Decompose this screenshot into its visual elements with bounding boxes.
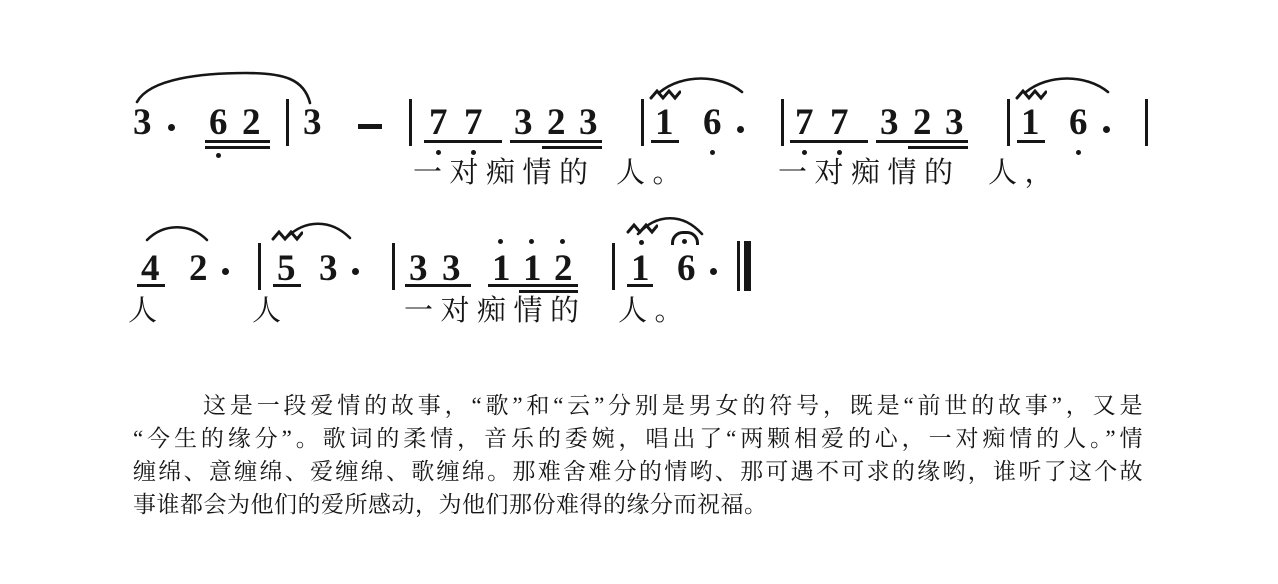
note-number: 7 <box>429 104 448 141</box>
fermata-dot <box>682 239 687 244</box>
low-octave-dot <box>710 150 715 155</box>
augmentation-dot <box>737 126 744 133</box>
barline <box>641 99 644 146</box>
low-octave-dot <box>802 150 807 155</box>
final-barline-thick <box>744 241 751 291</box>
beam-line <box>542 146 602 149</box>
beam-line <box>790 140 868 143</box>
high-octave-dot <box>529 239 534 244</box>
high-octave-dot <box>639 240 644 245</box>
note-number: 7 <box>464 104 483 141</box>
beam-line <box>510 140 602 143</box>
note-number: 2 <box>554 250 573 287</box>
beam-line <box>651 140 679 143</box>
note-number: 6 <box>703 104 722 141</box>
augmentation-dot <box>222 268 229 275</box>
beam-line <box>205 146 270 149</box>
high-octave-dot <box>560 239 565 244</box>
note-number: 2 <box>547 104 566 141</box>
note-number: 3 <box>880 104 899 141</box>
beam-line <box>424 140 502 143</box>
slur-arc <box>283 216 353 240</box>
barline <box>286 99 289 146</box>
note-number: 7 <box>795 104 814 141</box>
note-number: 1 <box>1021 104 1040 141</box>
beam-line <box>908 146 968 149</box>
note-number: 1 <box>631 250 650 287</box>
barline <box>781 99 784 146</box>
low-octave-dot <box>216 153 221 158</box>
note-number: 6 <box>209 104 228 141</box>
lyric-text: 人。 <box>618 296 691 328</box>
lyric-text: 一对痴情的 <box>778 158 961 190</box>
beam-line <box>488 284 578 287</box>
augmentation-dot <box>710 268 717 275</box>
low-octave-dot <box>837 150 842 155</box>
note-number: 1 <box>492 250 511 287</box>
lyric-text: 人， <box>988 158 1061 190</box>
note-number: 1 <box>655 104 674 141</box>
beam-line <box>627 284 653 287</box>
note-number: 3 <box>514 104 533 141</box>
augmentation-dot <box>168 124 175 131</box>
tie-arc <box>1023 72 1111 94</box>
barline <box>409 99 412 146</box>
note-number: 3 <box>579 104 598 141</box>
note-number: 2 <box>189 250 208 287</box>
barline <box>612 243 615 290</box>
beam-line <box>205 140 270 143</box>
beam-line <box>876 140 968 143</box>
lyric-text: 一对痴情的 <box>413 158 596 190</box>
high-octave-dot <box>498 239 503 244</box>
augmentation-dot <box>352 268 359 275</box>
note-number: 6 <box>1069 104 1088 141</box>
slur-arc <box>144 220 210 242</box>
beam-line <box>1017 140 1045 143</box>
note-number: 3 <box>409 250 428 287</box>
beam-line <box>405 284 471 287</box>
note-number: 3 <box>319 250 338 287</box>
lyric-text: 人 <box>252 296 289 328</box>
tie-arc <box>657 72 745 94</box>
lyric-text: 一对痴情的 <box>404 296 587 328</box>
note-number: 5 <box>277 250 296 287</box>
sheet-music-page: 3 6 2 3 7 7 3 2 3 1 6 7 7 3 <box>0 0 1278 584</box>
paragraph-line: 这是一段爱情的故事，“歌”和“云”分别是男女的符号，既是“前世的故事”，又是 <box>133 389 1143 422</box>
lyric-text: 人。 <box>616 158 689 190</box>
note-number: 1 <box>523 250 542 287</box>
low-octave-dot <box>436 150 441 155</box>
sustain-dash <box>358 124 382 129</box>
beam-line <box>137 284 165 287</box>
note-number: 3 <box>303 104 322 141</box>
slur-arc <box>635 210 705 236</box>
note-number: 3 <box>945 104 964 141</box>
note-number: 3 <box>133 104 152 141</box>
note-number: 3 <box>442 250 461 287</box>
paragraph-line: 缠绵、意缠绵、爱缠绵、歌缠绵。那难舍难分的情哟、那可遇不可求的缘哟，谁听了这个故 <box>133 455 1143 488</box>
lyric-text: 人 <box>128 296 165 328</box>
note-number: 4 <box>141 250 160 287</box>
beam-line <box>273 284 301 287</box>
beam-line <box>519 290 578 293</box>
barline <box>392 243 395 290</box>
low-octave-dot <box>1076 150 1081 155</box>
paragraph-line: “今生的缘分”。歌词的柔情，音乐的委婉，唱出了“两颗相爱的心，一对痴情的人。”情 <box>133 422 1143 455</box>
barline <box>258 243 261 290</box>
paragraph-line: 事谁都会为他们的爱所感动，为他们那份难得的缘分而祝福。 <box>133 488 1143 521</box>
augmentation-dot <box>1103 126 1110 133</box>
barline <box>1145 99 1148 146</box>
final-barline-thin <box>737 241 740 291</box>
note-number: 2 <box>913 104 932 141</box>
description-paragraph: 这是一段爱情的故事，“歌”和“云”分别是男女的符号，既是“前世的故事”，又是 “… <box>133 389 1143 521</box>
barline <box>1007 99 1010 146</box>
note-number: 2 <box>242 104 261 141</box>
note-number: 6 <box>677 250 696 287</box>
note-number: 7 <box>830 104 849 141</box>
low-octave-dot <box>471 150 476 155</box>
